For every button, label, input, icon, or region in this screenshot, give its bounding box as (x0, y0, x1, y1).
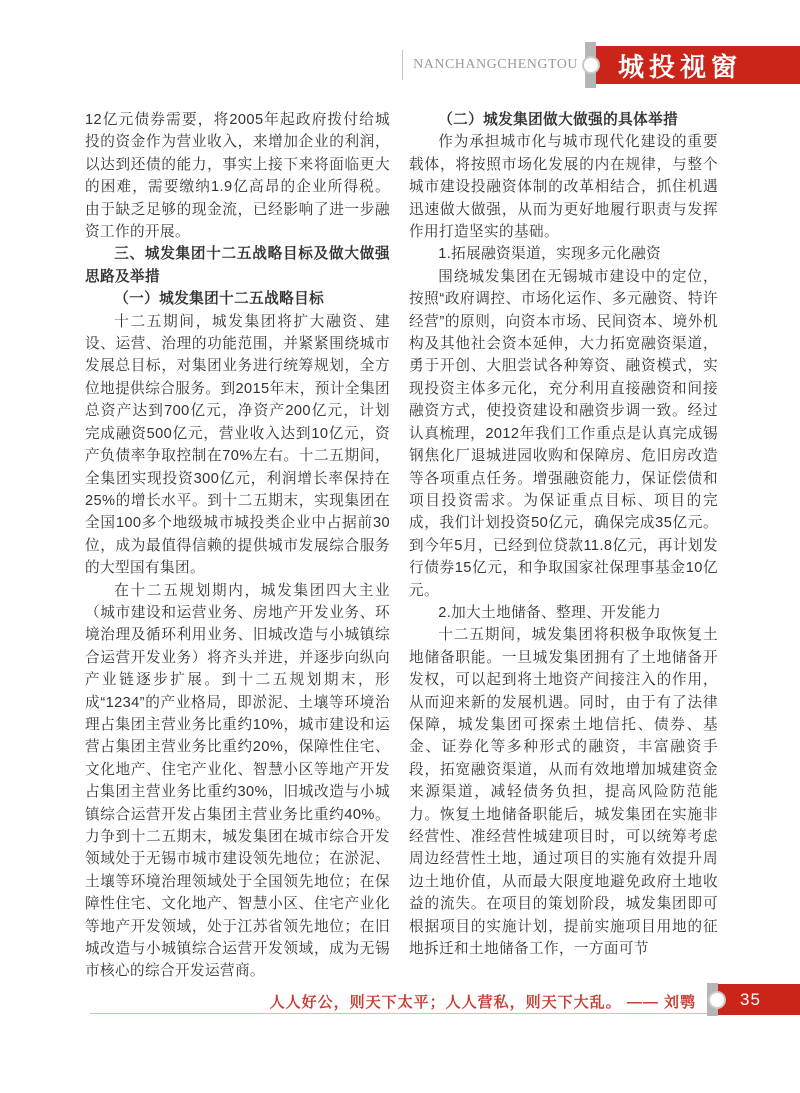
circle-marker-icon (708, 991, 726, 1009)
paragraph: 十二五期间，城发集团将积极争取恢复土地储备职能。一旦城发集团拥有了土地储备开发权… (409, 624, 718, 960)
footer-divider-line (90, 1013, 712, 1014)
footer-quote: 人人好公，则天下太平；人人营私，则天下大乱。 —— 刘鹗 (270, 991, 696, 1012)
paragraph: 围绕城发集团在无锡城市建设中的定位，按照“政府调控、市场化运作、多元融资、特许经… (409, 266, 718, 602)
circle-marker-icon (582, 56, 600, 74)
section-heading: 三、城发集团十二五战略目标及做大做强思路及举措 (85, 243, 390, 288)
section-title: 城投视窗 (618, 47, 742, 84)
paragraph: 作为承担城市化与城市现代化建设的重要载体，将按照市场化发展的内在规律，与整个城市… (409, 131, 718, 243)
paragraph: 在十二五规划期内，城发集团四大主业（城市建设和运营业务、房地产开发业务、环境治理… (85, 580, 390, 983)
footer-divider-bar (707, 983, 718, 1016)
paragraph: 十二五期间，城发集团将扩大融资、建设、运营、治理的功能范围，并紧紧围绕城市发展总… (85, 311, 390, 580)
header-divider-bar (585, 42, 596, 88)
paragraph: 2.加大土地储备、整理、开发能力 (409, 602, 718, 624)
section-heading: （二）城发集团做大做强的具体举措 (409, 109, 718, 131)
page-number-badge: 35 (707, 983, 800, 1016)
journal-name: NANCHANGCHENGTOU (402, 50, 578, 80)
page-number: 35 (740, 990, 761, 1010)
section-banner: 城投视窗 (596, 46, 800, 84)
page-header: NANCHANGCHENGTOU 城投视窗 (0, 42, 800, 88)
section-heading: （一）城发集团十二五战略目标 (85, 288, 390, 310)
paragraph: 12亿元债券需要，将2005年起政府拨付给城投的资金作为营业收入，来增加企业的利… (85, 109, 390, 243)
article-body: 12亿元债券需要，将2005年起政府拨付给城投的资金作为营业收入，来增加企业的利… (85, 109, 718, 983)
page-number-box: 35 (718, 984, 800, 1015)
right-column: （二）城发集团做大做强的具体举措作为承担城市化与城市现代化建设的重要载体，将按照… (409, 109, 718, 983)
paragraph: 1.拓展融资渠道，实现多元化融资 (409, 243, 718, 265)
left-column: 12亿元债券需要，将2005年起政府拨付给城投的资金作为营业收入，来增加企业的利… (85, 109, 390, 983)
